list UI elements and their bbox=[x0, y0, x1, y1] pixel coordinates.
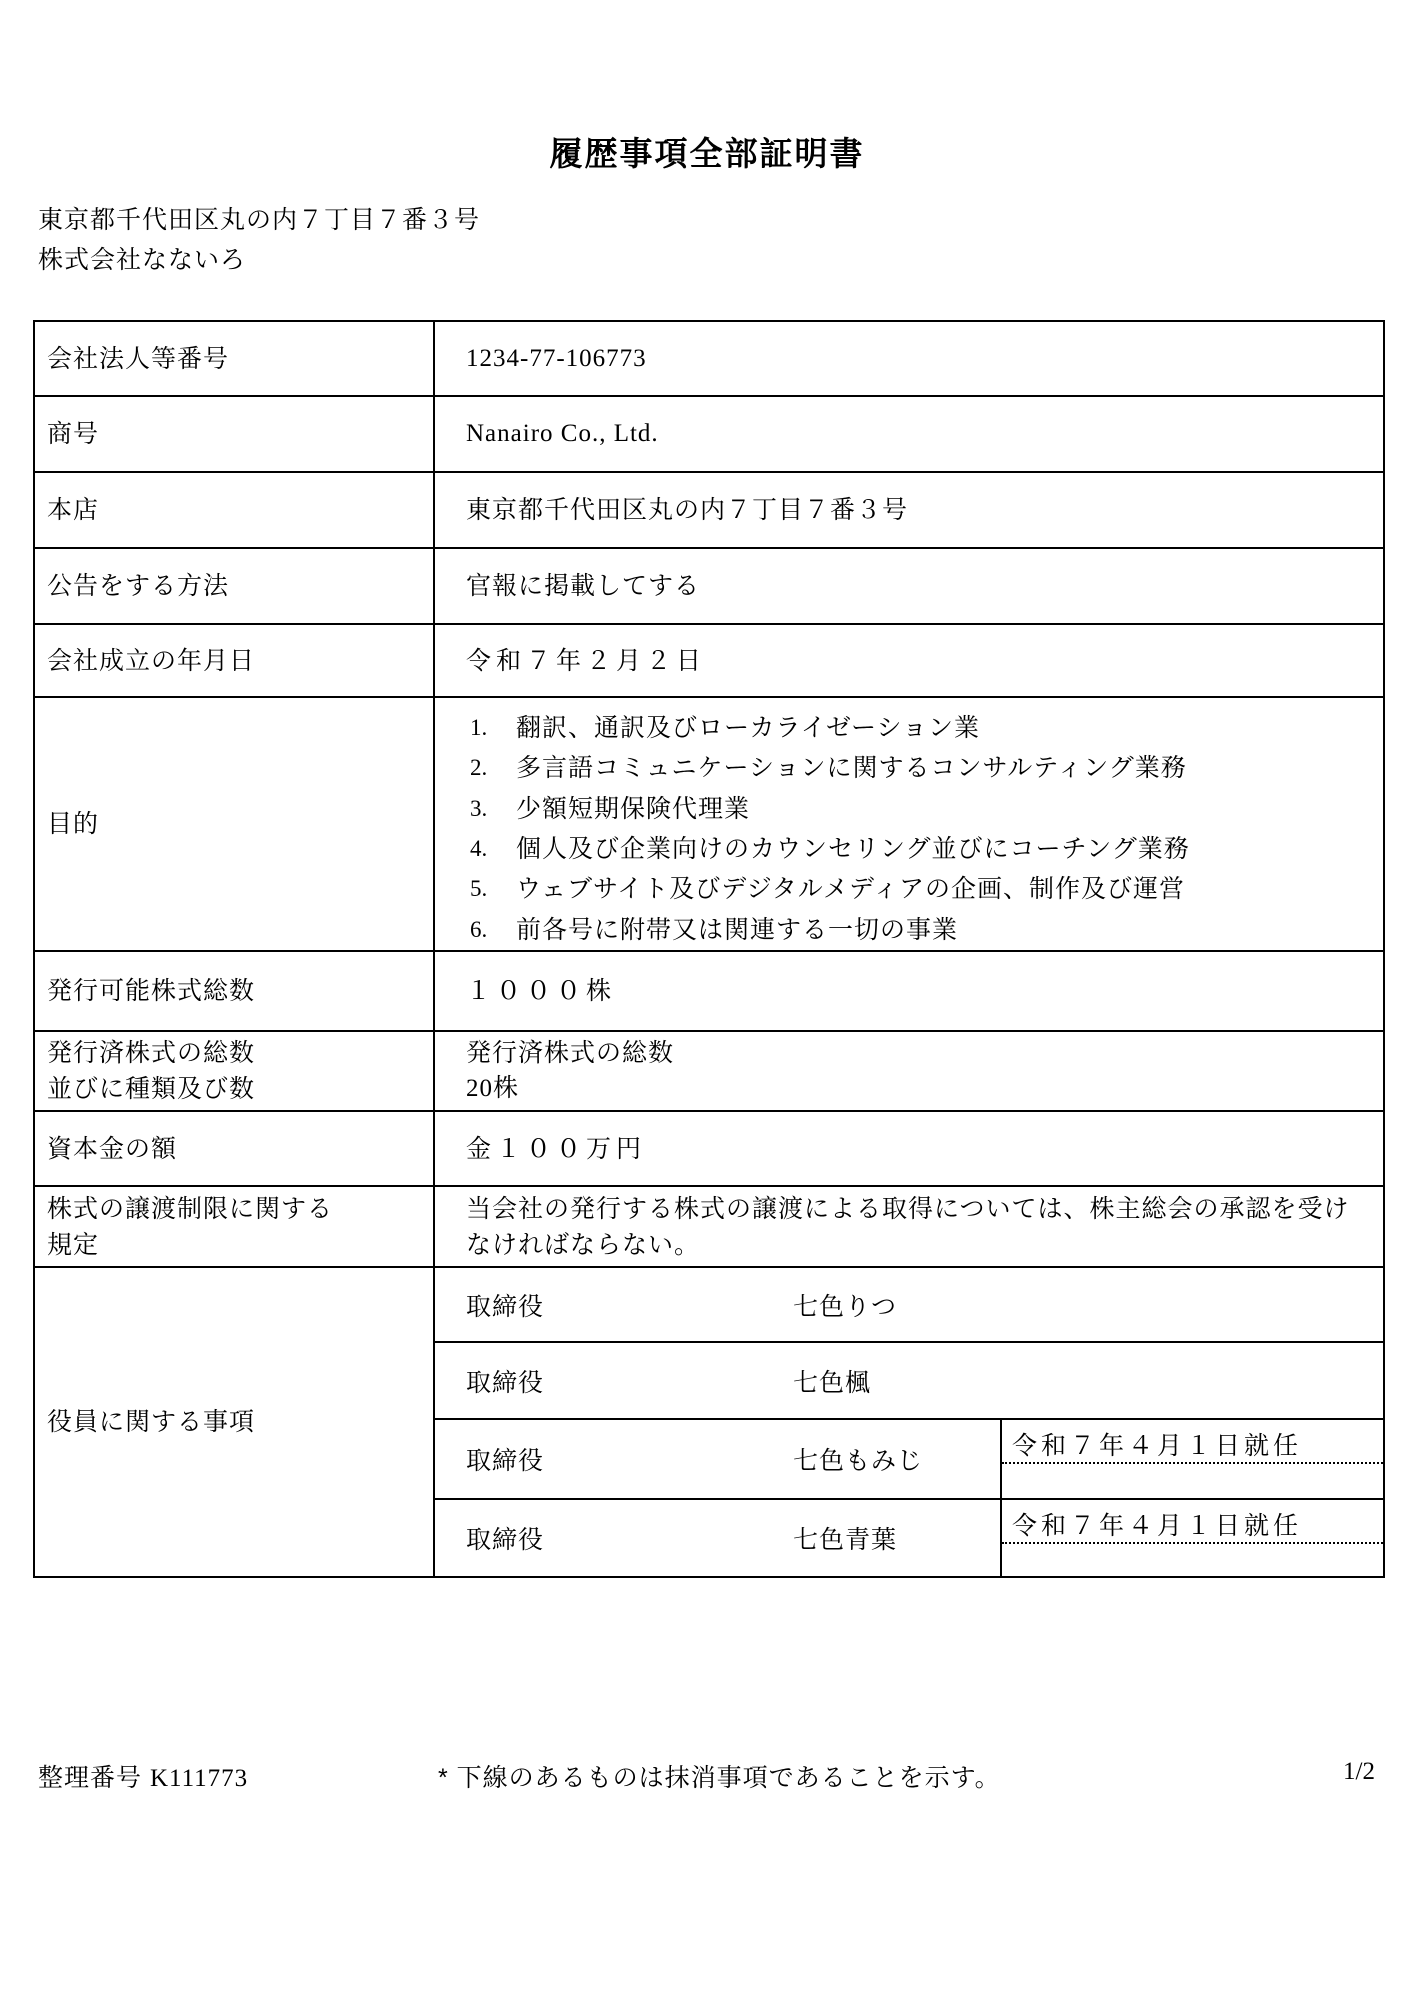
purpose-item: 5. ウェブサイト及びデジタルメディアの企画、制作及び運営 bbox=[470, 869, 1383, 909]
table-row-incorporation-date: 会社成立の年月日 令和７年２月２日 bbox=[35, 625, 1383, 698]
table-row-corporate-number: 会社法人等番号 1234-77-106773 bbox=[35, 322, 1383, 397]
registry-table: 会社法人等番号 1234-77-106773 商号 Nanairo Co., L… bbox=[33, 320, 1385, 1578]
purpose-item-number: 5. bbox=[470, 871, 516, 907]
officer-entry: 取締役 七色青葉 bbox=[435, 1500, 1000, 1576]
officer-title: 取締役 bbox=[466, 1520, 793, 1556]
purpose-item-text: 個人及び企業向けのカウンセリング並びにコーチング業務 bbox=[516, 831, 1190, 867]
share-transfer-label: 株式の譲渡制限に関する 規定 bbox=[35, 1187, 435, 1266]
officer-date-cell: 令和７年４月１日就任 bbox=[1000, 1420, 1383, 1498]
incorporation-date-label: 会社成立の年月日 bbox=[35, 625, 435, 696]
purpose-item-number: 4. bbox=[470, 831, 516, 867]
officer-date-cell: 令和７年４月１日就任 bbox=[1000, 1500, 1383, 1576]
officer-entry: 取締役 七色りつ bbox=[435, 1268, 1383, 1341]
corporate-number-label: 会社法人等番号 bbox=[35, 322, 435, 395]
officer-title: 取締役 bbox=[466, 1287, 793, 1323]
document-title: 履歴事項全部証明書 bbox=[0, 128, 1414, 175]
share-transfer-label-line2: 規定 bbox=[47, 1227, 433, 1263]
purpose-item-text: 翻訳、通訳及びローカライゼーション業 bbox=[516, 710, 980, 746]
purpose-item: 6. 前各号に附帯又は関連する一切の事業 bbox=[470, 910, 1383, 950]
issued-shares-value-line2: 20株 bbox=[466, 1071, 1383, 1107]
officer-name: 七色りつ bbox=[793, 1287, 897, 1323]
capital-label: 資本金の額 bbox=[35, 1112, 435, 1185]
table-row-trade-name: 商号 Nanairo Co., Ltd. bbox=[35, 397, 1383, 473]
authorized-shares-value: １０００株 bbox=[435, 952, 1383, 1030]
purpose-item-number: 3. bbox=[470, 791, 516, 827]
officer-row: 取締役 七色楓 bbox=[435, 1341, 1383, 1418]
officer-title: 取締役 bbox=[466, 1441, 793, 1477]
officer-appointment-date: 令和７年４月１日就任 bbox=[1002, 1420, 1383, 1464]
footer-note: * 下線のあるものは抹消事項であることを示す。 bbox=[438, 1758, 1001, 1794]
table-row-issued-shares: 発行済株式の総数 並びに種類及び数 発行済株式の総数 20株 bbox=[35, 1032, 1383, 1112]
purpose-item-text: 前各号に附帯又は関連する一切の事業 bbox=[516, 912, 958, 948]
officers-label: 役員に関する事項 bbox=[35, 1268, 435, 1576]
officer-name: 七色楓 bbox=[793, 1363, 871, 1399]
table-row-officers: 役員に関する事項 取締役 七色りつ 取締役 七色楓 取締役 bbox=[35, 1268, 1383, 1576]
trade-name-value: Nanairo Co., Ltd. bbox=[435, 397, 1383, 471]
purpose-item-text: 少額短期保険代理業 bbox=[516, 791, 750, 827]
purpose-item-number: 6. bbox=[470, 912, 516, 948]
table-row-share-transfer-restriction: 株式の譲渡制限に関する 規定 当会社の発行する株式の譲渡による取得については、株… bbox=[35, 1187, 1383, 1268]
page-number: 1/2 bbox=[1343, 1758, 1375, 1786]
incorporation-date-value: 令和７年２月２日 bbox=[435, 625, 1383, 696]
public-notice-label: 公告をする方法 bbox=[35, 549, 435, 623]
issued-shares-label-line2: 並びに種類及び数 bbox=[47, 1071, 433, 1107]
purpose-item-text: 多言語コミュニケーションに関するコンサルティング業務 bbox=[516, 750, 1187, 786]
purpose-item: 1. 翻訳、通訳及びローカライゼーション業 bbox=[470, 708, 1383, 748]
purpose-item-number: 1. bbox=[470, 710, 516, 746]
certificate-page: 履歴事項全部証明書 東京都千代田区丸の内７丁目７番３号 株式会社なないろ 会社法… bbox=[0, 0, 1414, 2000]
head-office-value: 東京都千代田区丸の内７丁目７番３号 bbox=[435, 473, 1383, 547]
officer-name: 七色青葉 bbox=[793, 1520, 897, 1556]
capital-value: 金１００万円 bbox=[435, 1112, 1383, 1185]
issued-shares-label-line1: 発行済株式の総数 bbox=[47, 1035, 433, 1071]
officers-list: 取締役 七色りつ 取締役 七色楓 取締役 七色もみじ bbox=[435, 1268, 1383, 1576]
company-name: 株式会社なないろ bbox=[38, 240, 246, 276]
issued-shares-value-line1: 発行済株式の総数 bbox=[466, 1035, 1383, 1071]
table-row-head-office: 本店 東京都千代田区丸の内７丁目７番３号 bbox=[35, 473, 1383, 549]
table-row-purpose: 目的 1. 翻訳、通訳及びローカライゼーション業 2. 多言語コミュニケーション… bbox=[35, 698, 1383, 952]
share-transfer-value-line1: 当会社の発行する株式の譲渡による取得については、株主総会の承認を受け bbox=[466, 1191, 1383, 1227]
purpose-item: 2. 多言語コミュニケーションに関するコンサルティング業務 bbox=[470, 748, 1383, 788]
purpose-item: 3. 少額短期保険代理業 bbox=[470, 789, 1383, 829]
purpose-list: 1. 翻訳、通訳及びローカライゼーション業 2. 多言語コミュニケーションに関す… bbox=[435, 698, 1383, 950]
officer-appointment-date: 令和７年４月１日就任 bbox=[1002, 1500, 1383, 1544]
officer-title: 取締役 bbox=[466, 1363, 793, 1399]
purpose-label: 目的 bbox=[35, 698, 435, 950]
issued-shares-label: 発行済株式の総数 並びに種類及び数 bbox=[35, 1032, 435, 1110]
reference-number-block: 整理番号 K111773 bbox=[38, 1758, 248, 1794]
officer-entry: 取締役 七色もみじ bbox=[435, 1420, 1000, 1498]
corporate-number-value: 1234-77-106773 bbox=[435, 322, 1383, 395]
reference-label: 整理番号 bbox=[38, 1764, 142, 1792]
purpose-item-number: 2. bbox=[470, 750, 516, 786]
officer-row: 取締役 七色りつ bbox=[435, 1268, 1383, 1341]
officer-row: 取締役 七色青葉 令和７年４月１日就任 bbox=[435, 1498, 1383, 1576]
share-transfer-value-line2: なければならない。 bbox=[466, 1227, 1383, 1263]
table-row-public-notice: 公告をする方法 官報に掲載してする bbox=[35, 549, 1383, 625]
table-row-capital: 資本金の額 金１００万円 bbox=[35, 1112, 1383, 1187]
purpose-item: 4. 個人及び企業向けのカウンセリング並びにコーチング業務 bbox=[470, 829, 1383, 869]
authorized-shares-label: 発行可能株式総数 bbox=[35, 952, 435, 1030]
share-transfer-label-line1: 株式の譲渡制限に関する bbox=[47, 1191, 433, 1227]
trade-name-label: 商号 bbox=[35, 397, 435, 471]
officer-entry: 取締役 七色楓 bbox=[435, 1343, 1383, 1418]
officer-name: 七色もみじ bbox=[793, 1441, 923, 1477]
company-address: 東京都千代田区丸の内７丁目７番３号 bbox=[38, 200, 480, 236]
officer-row: 取締役 七色もみじ 令和７年４月１日就任 bbox=[435, 1418, 1383, 1498]
reference-number: K111773 bbox=[150, 1765, 248, 1792]
table-row-authorized-shares: 発行可能株式総数 １０００株 bbox=[35, 952, 1383, 1032]
issued-shares-value: 発行済株式の総数 20株 bbox=[435, 1032, 1383, 1110]
purpose-item-text: ウェブサイト及びデジタルメディアの企画、制作及び運営 bbox=[516, 871, 1185, 907]
share-transfer-value: 当会社の発行する株式の譲渡による取得については、株主総会の承認を受け なければな… bbox=[435, 1187, 1383, 1266]
public-notice-value: 官報に掲載してする bbox=[435, 549, 1383, 623]
head-office-label: 本店 bbox=[35, 473, 435, 547]
